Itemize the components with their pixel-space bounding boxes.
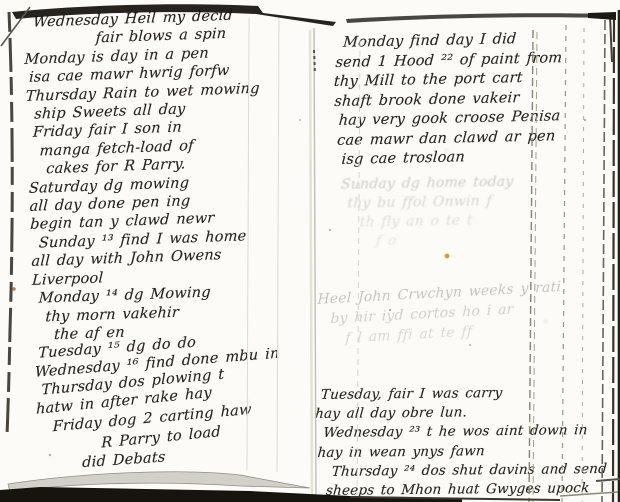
paper-speck	[329, 229, 331, 231]
handwritten-line: Wednesday ²³ t he wos aint down in	[323, 421, 620, 443]
left-page-entries: Wednesday Heil my decidfair blows a spin…	[22, 4, 330, 474]
handwritten-line: f o	[375, 228, 616, 251]
handwritten-line: sheeps to Mhon huat Gwyges upock	[325, 479, 620, 501]
right-page-entry-faded-middle: Sunday dg home todaythy bu ffol Onwin ft…	[332, 171, 615, 252]
page-bottom-shadow	[8, 472, 310, 492]
right-page-entry-faded-lower: Heel John Crwchyn weeks y ratiby hir iyd…	[316, 274, 619, 350]
paper-speck	[445, 254, 450, 259]
right-page-entry-top: Monday find day I didsend 1 Hood ²² of p…	[332, 28, 617, 170]
paper-speck	[12, 287, 16, 291]
right-page-entry-bottom: Tuesday, fair I was carryhay all day obr…	[314, 383, 619, 501]
book-left-edge	[7, 12, 12, 436]
book-top-edge	[588, 12, 616, 20]
book-top-edge	[346, 13, 614, 23]
diary-scan: Wednesday Heil my decidfair blows a spin…	[0, 0, 620, 502]
paper-speck	[469, 344, 471, 346]
